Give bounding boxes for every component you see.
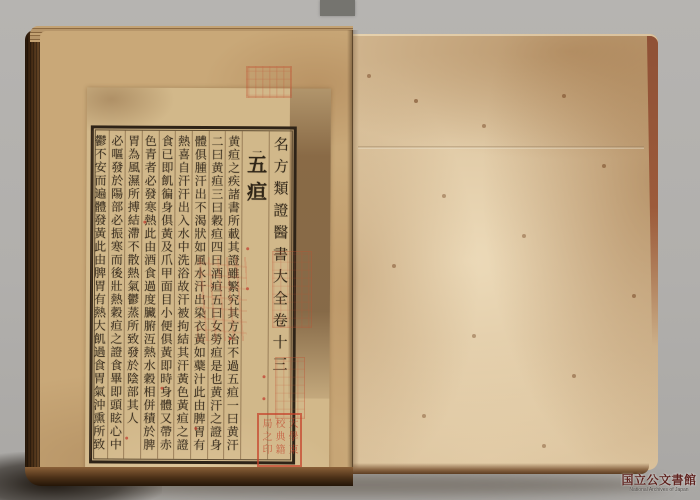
cradle-strap (320, 0, 355, 16)
page-crease (358, 146, 644, 149)
photo-stage: 名方類證醫書大全卷十三 一 五疸 黄疸之疾諸書所載其證雖繁究其方治不過五疸一曰黄… (0, 0, 700, 500)
archive-watermark-jp: 国立公文書館 (619, 473, 699, 487)
red-seal-square-text: 大學東校典籍局之印 (261, 418, 298, 462)
red-seal-title-overlay (197, 257, 247, 341)
red-punctuation-marks (92, 128, 294, 461)
red-punctuation-mark (160, 387, 163, 390)
archive-watermark-en: National Archives of Japan (619, 487, 699, 493)
gutter-line (352, 30, 353, 470)
bottom-page-edge-left (25, 467, 353, 486)
archive-watermark: 国立公文書館 National Archives of Japan (619, 473, 699, 499)
foxing-spots (0, 0, 2, 2)
red-punctuation-mark (246, 247, 249, 250)
gutter-fold (347, 30, 359, 472)
right-page (353, 34, 658, 470)
red-seal-gutter-upper (272, 251, 312, 328)
red-seal-square: 大學東校典籍局之印 (257, 413, 302, 467)
red-punctuation-mark (262, 397, 265, 400)
red-punctuation-mark (194, 427, 197, 430)
bottom-page-edge-right (353, 463, 649, 474)
red-punctuation-mark (125, 437, 128, 440)
red-punctuation-mark (143, 221, 146, 224)
red-seal-gutter-tall (275, 357, 305, 419)
red-seal-top (246, 66, 292, 98)
red-punctuation-mark (263, 375, 266, 378)
